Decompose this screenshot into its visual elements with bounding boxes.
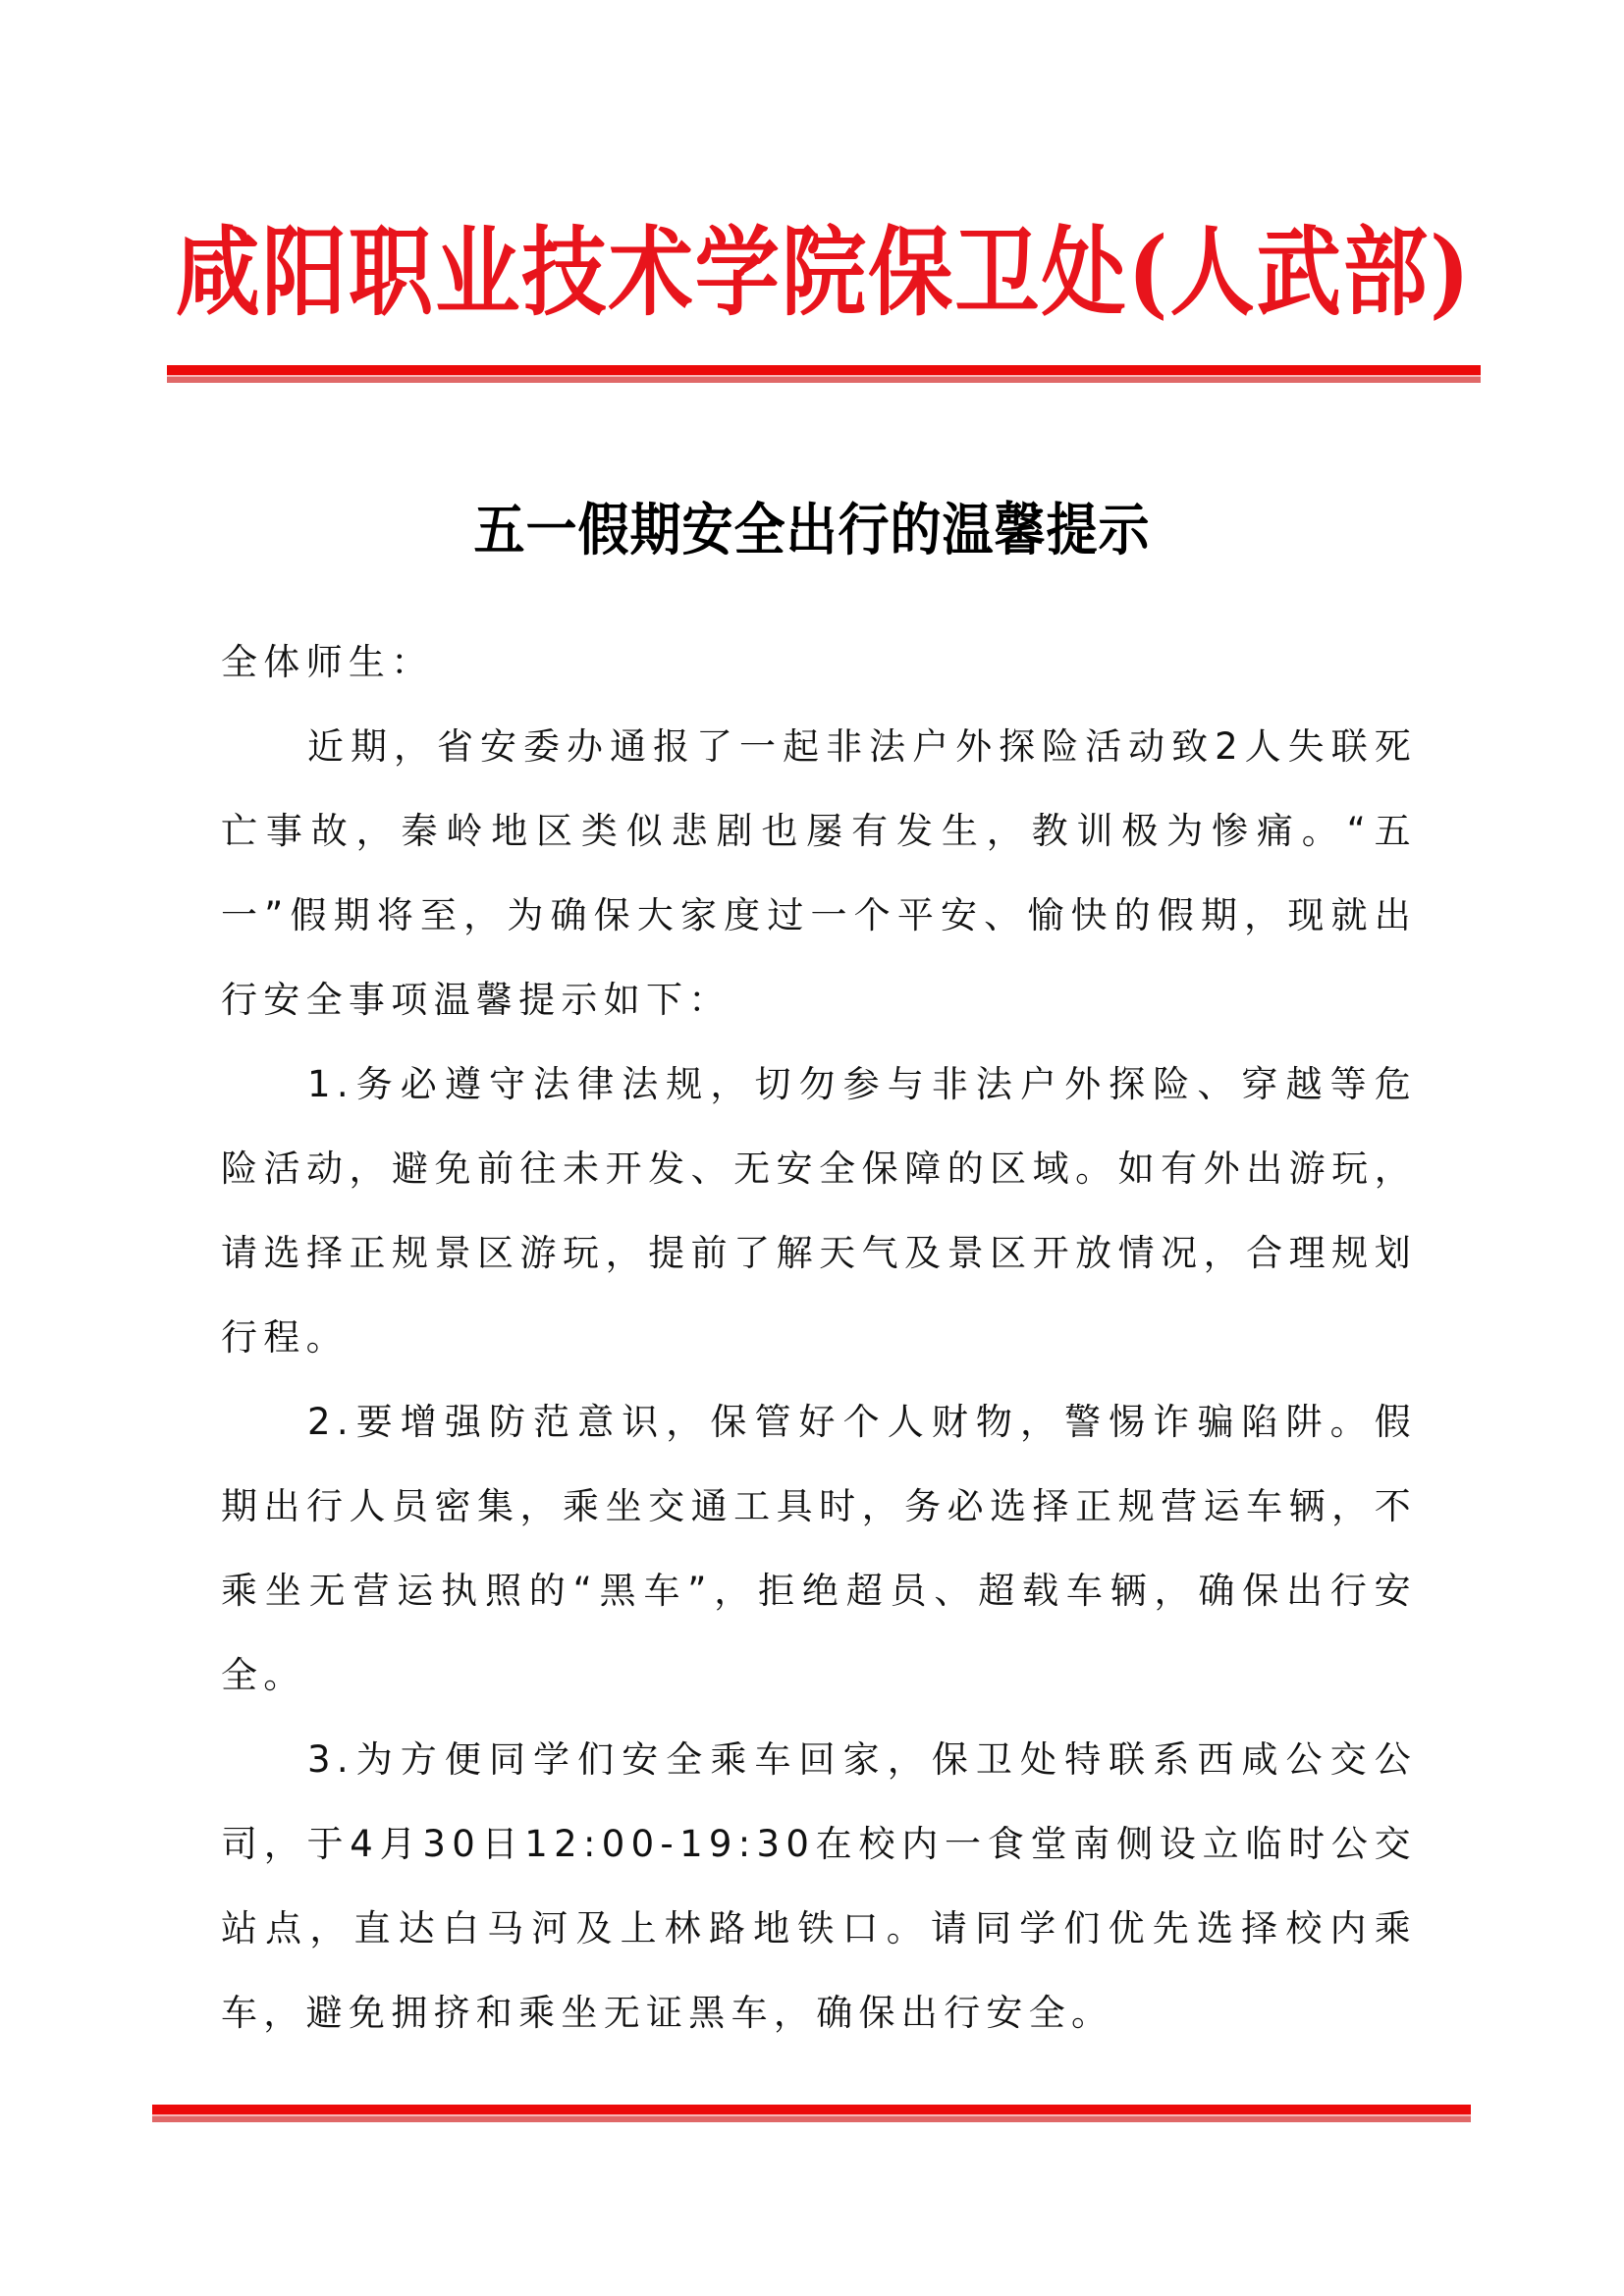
divider-thin-band [167,377,1481,383]
masthead: 咸阳职业技术学院保卫处(人武部) [167,218,1481,326]
salutation: 全体师生： [221,620,1417,705]
paragraph-item-3: 3.为方便同学们安全乘车回家，保卫处特联系西咸公交公司，于4月30日12:00-… [221,1718,1417,2056]
masthead-title: 咸阳职业技术学院保卫处(人武部) [176,224,1472,321]
divider-thick-band [152,2105,1471,2114]
paragraph-item-1: 1.务必遵守法律法规，切勿参与非法户外探险、穿越等危险活动，避免前往未开发、无安… [221,1042,1417,1380]
footer-divider-bottom [152,2105,1471,2122]
divider-thin-band [152,2116,1471,2122]
masthead-divider-top [167,365,1481,383]
document-body: 全体师生： 近期，省安委办通报了一起非法户外探险活动致2人失联死亡事故，秦岭地区… [221,620,1417,2056]
divider-thick-band [167,365,1481,375]
paragraph-item-2: 2.要增强防范意识，保管好个人财物，警惕诈骗陷阱。假期出行人员密集，乘坐交通工具… [221,1380,1417,1718]
paragraph-intro: 近期，省安委办通报了一起非法户外探险活动致2人失联死亡事故，秦岭地区类似悲剧也屡… [221,705,1417,1042]
document-title: 五一假期安全出行的温馨提示 [0,498,1624,565]
